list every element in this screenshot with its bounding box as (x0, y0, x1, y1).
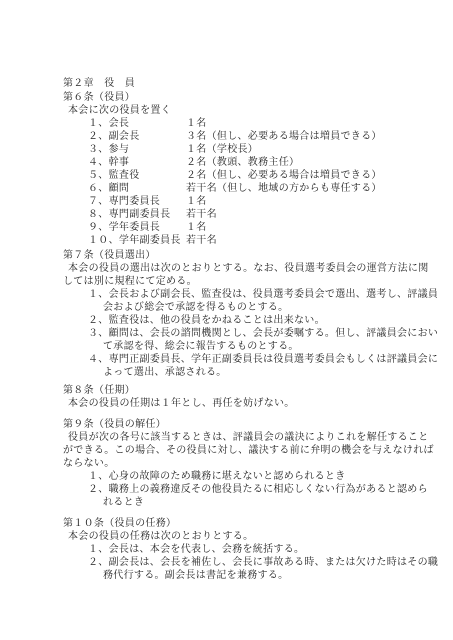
article-9-body: ができる。この場合、その役員に対し、議決する前に弁明の機会を与えなければ (63, 444, 434, 457)
role-row: １、会長１名 (88, 117, 408, 130)
role-row: ２、副会長３名（但し、必要ある場合は増員できる） (88, 130, 408, 143)
article-10-item: １、会長は、本会を代表し、会務を統括する。 (88, 543, 304, 556)
article-9-item: れるとき (103, 496, 144, 509)
article-7-item: 会および総会で承認を得るものとする。 (103, 301, 288, 314)
role-row: ７、専門委員長１名 (88, 195, 408, 208)
article-10-item: ２、副会長は、会長を補佐し、会長に事故ある時、または欠けた時はその職 (88, 556, 438, 569)
article-9-body: 役員が次の各号に該当するときは、評議員会の議決によりこれを解任すること (68, 431, 429, 444)
article-9-heading: 第９条（役員の解任） (63, 418, 166, 431)
role-row: ８、専門副委員長若干名 (88, 208, 408, 221)
role-row: ６、顧問若干名（但し、地域の方からも専任する） (88, 182, 408, 195)
article-6-intro: 本会に次の役員を置く (68, 104, 171, 117)
article-10-body: 本会の役員の任務は次のとおりとする。 (68, 530, 253, 543)
article-7-item: ２、監査役は、他の役員をかねることは出来ない。 (88, 314, 325, 327)
chapter-heading: 第２章 役 員 (63, 77, 135, 90)
article-7-heading: 第７条（役員選出） (63, 249, 156, 262)
article-9-item: １、心身の故障のため職務に堪えないと認められるとき (88, 470, 346, 483)
article-10-item: 務代行する。副会長は書記を兼務する。 (103, 569, 288, 582)
article-7-item: １、会長および副会長、監査役は、役員選考委員会で選出、選考し、評議員 (88, 288, 438, 301)
article-7-item: ３、顧問は、会長の諮問機関とし、会長が委嘱する。但し、評議員会におい (88, 327, 438, 340)
role-row: ５、監査役２名（但し、必要ある場合は増員できる） (88, 169, 408, 182)
article-6-heading: 第６条（役員） (63, 91, 135, 104)
role-row: ３、参与１名（学校長） (88, 143, 408, 156)
article-7-body: 本会の役員の選出は次のとおりとする。なお、役員選考委員会の運営方法に関 (68, 262, 429, 275)
article-7-body: しては別に規程にて定める。 (63, 275, 197, 288)
article-8-heading: 第８条（任期） (63, 384, 135, 397)
article-7-item: よって選出、承認される。 (103, 366, 227, 379)
article-7-item: ４、専門正副委員長、学年正副委員長は役員選考委員会もしくは評議員会に (88, 353, 438, 366)
role-row: ９、学年委員長１名 (88, 221, 408, 234)
role-row: １０、学年副委員長若干名 (88, 234, 408, 247)
article-10-heading: 第１０条（役員の任務） (63, 517, 176, 530)
article-9-item: ２、職務上の義務違反その他役員たるに相応しくない行為があると認めら (88, 483, 428, 496)
role-row: ４、幹事２名（教頭、教務主任） (88, 156, 408, 169)
article-8-body: 本会の役員の任期は１年とし、再任を妨げない。 (68, 397, 295, 410)
article-9-body: ならない。 (63, 457, 115, 470)
article-7-item: て承認を得、総会に報告するものとする。 (103, 340, 299, 353)
